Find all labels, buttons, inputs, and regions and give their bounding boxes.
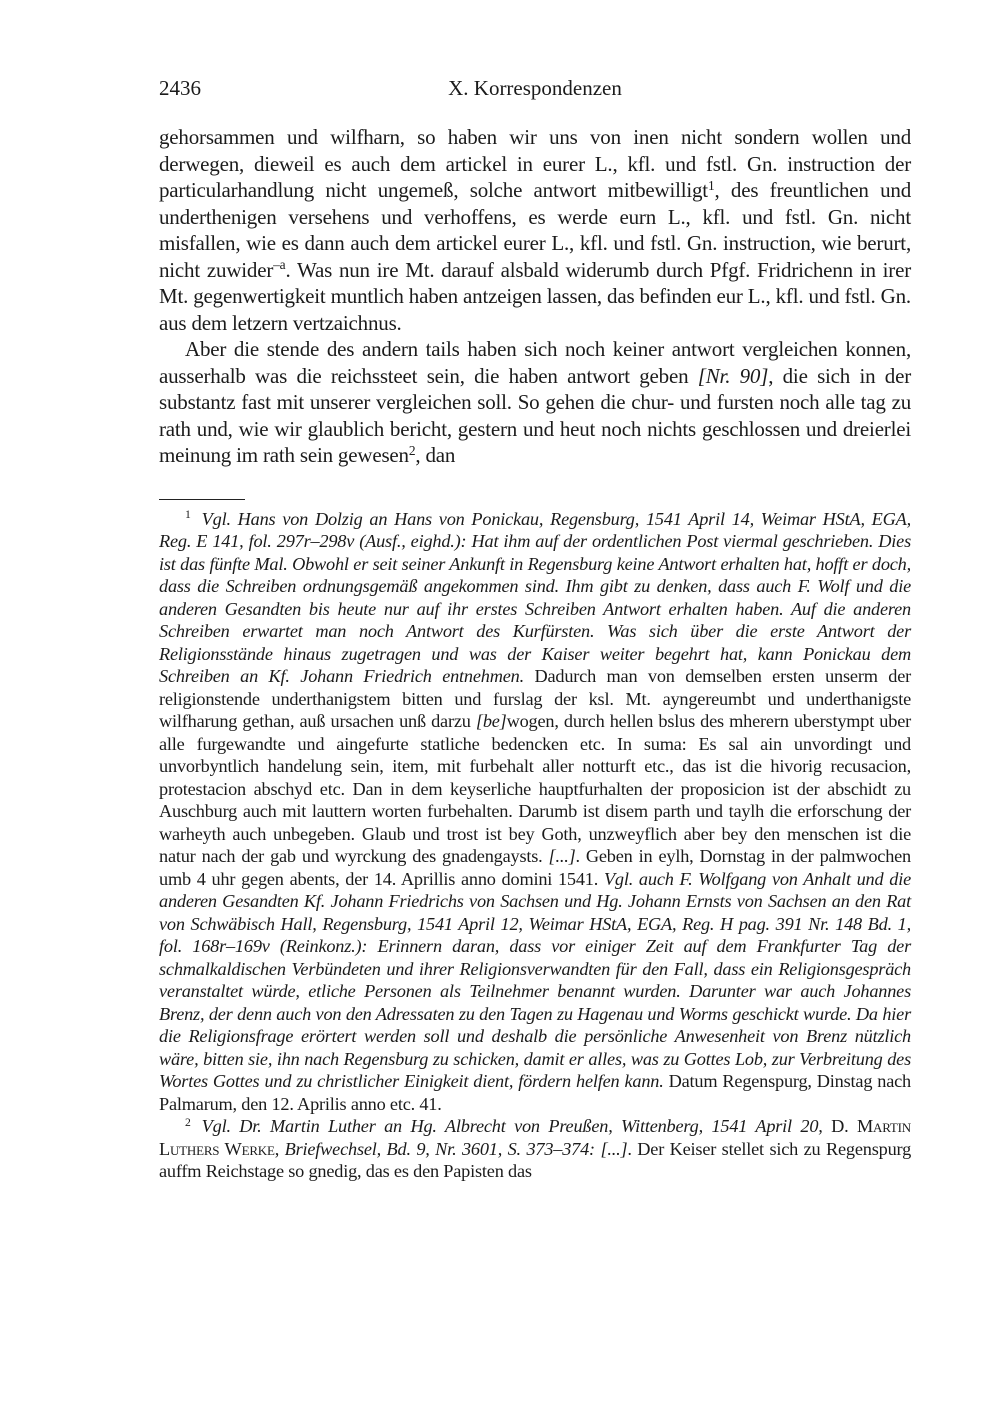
footnote-marker: 1 bbox=[185, 508, 191, 521]
footnote-text: Vgl. Dr. Martin Luther an Hg. Albrecht v… bbox=[159, 1116, 911, 1181]
body-text: gehorsammen und wilfharn, so haben wir u… bbox=[159, 124, 911, 469]
book-page: 2436 X. Korrespondenzen gehorsammen und … bbox=[0, 0, 1004, 1418]
footnote-2: 2Vgl. Dr. Martin Luther an Hg. Albrecht … bbox=[159, 1115, 911, 1183]
footnote-marker: 2 bbox=[185, 1116, 191, 1129]
paragraph: Aber die stende des andern tails haben s… bbox=[159, 336, 911, 469]
footnotes-section: 1Vgl. Hans von Dolzig an Hans von Ponick… bbox=[159, 508, 911, 1183]
footnote-text: Vgl. Hans von Dolzig an Hans von Ponicka… bbox=[159, 509, 911, 1114]
page-header: 2436 X. Korrespondenzen bbox=[159, 76, 911, 100]
footnote-1: 1Vgl. Hans von Dolzig an Hans von Ponick… bbox=[159, 508, 911, 1116]
footnote-separator bbox=[159, 499, 245, 500]
paragraph: gehorsammen und wilfharn, so haben wir u… bbox=[159, 124, 911, 336]
running-head: X. Korrespondenzen bbox=[159, 76, 911, 100]
text-block: 2436 X. Korrespondenzen gehorsammen und … bbox=[159, 76, 911, 1183]
